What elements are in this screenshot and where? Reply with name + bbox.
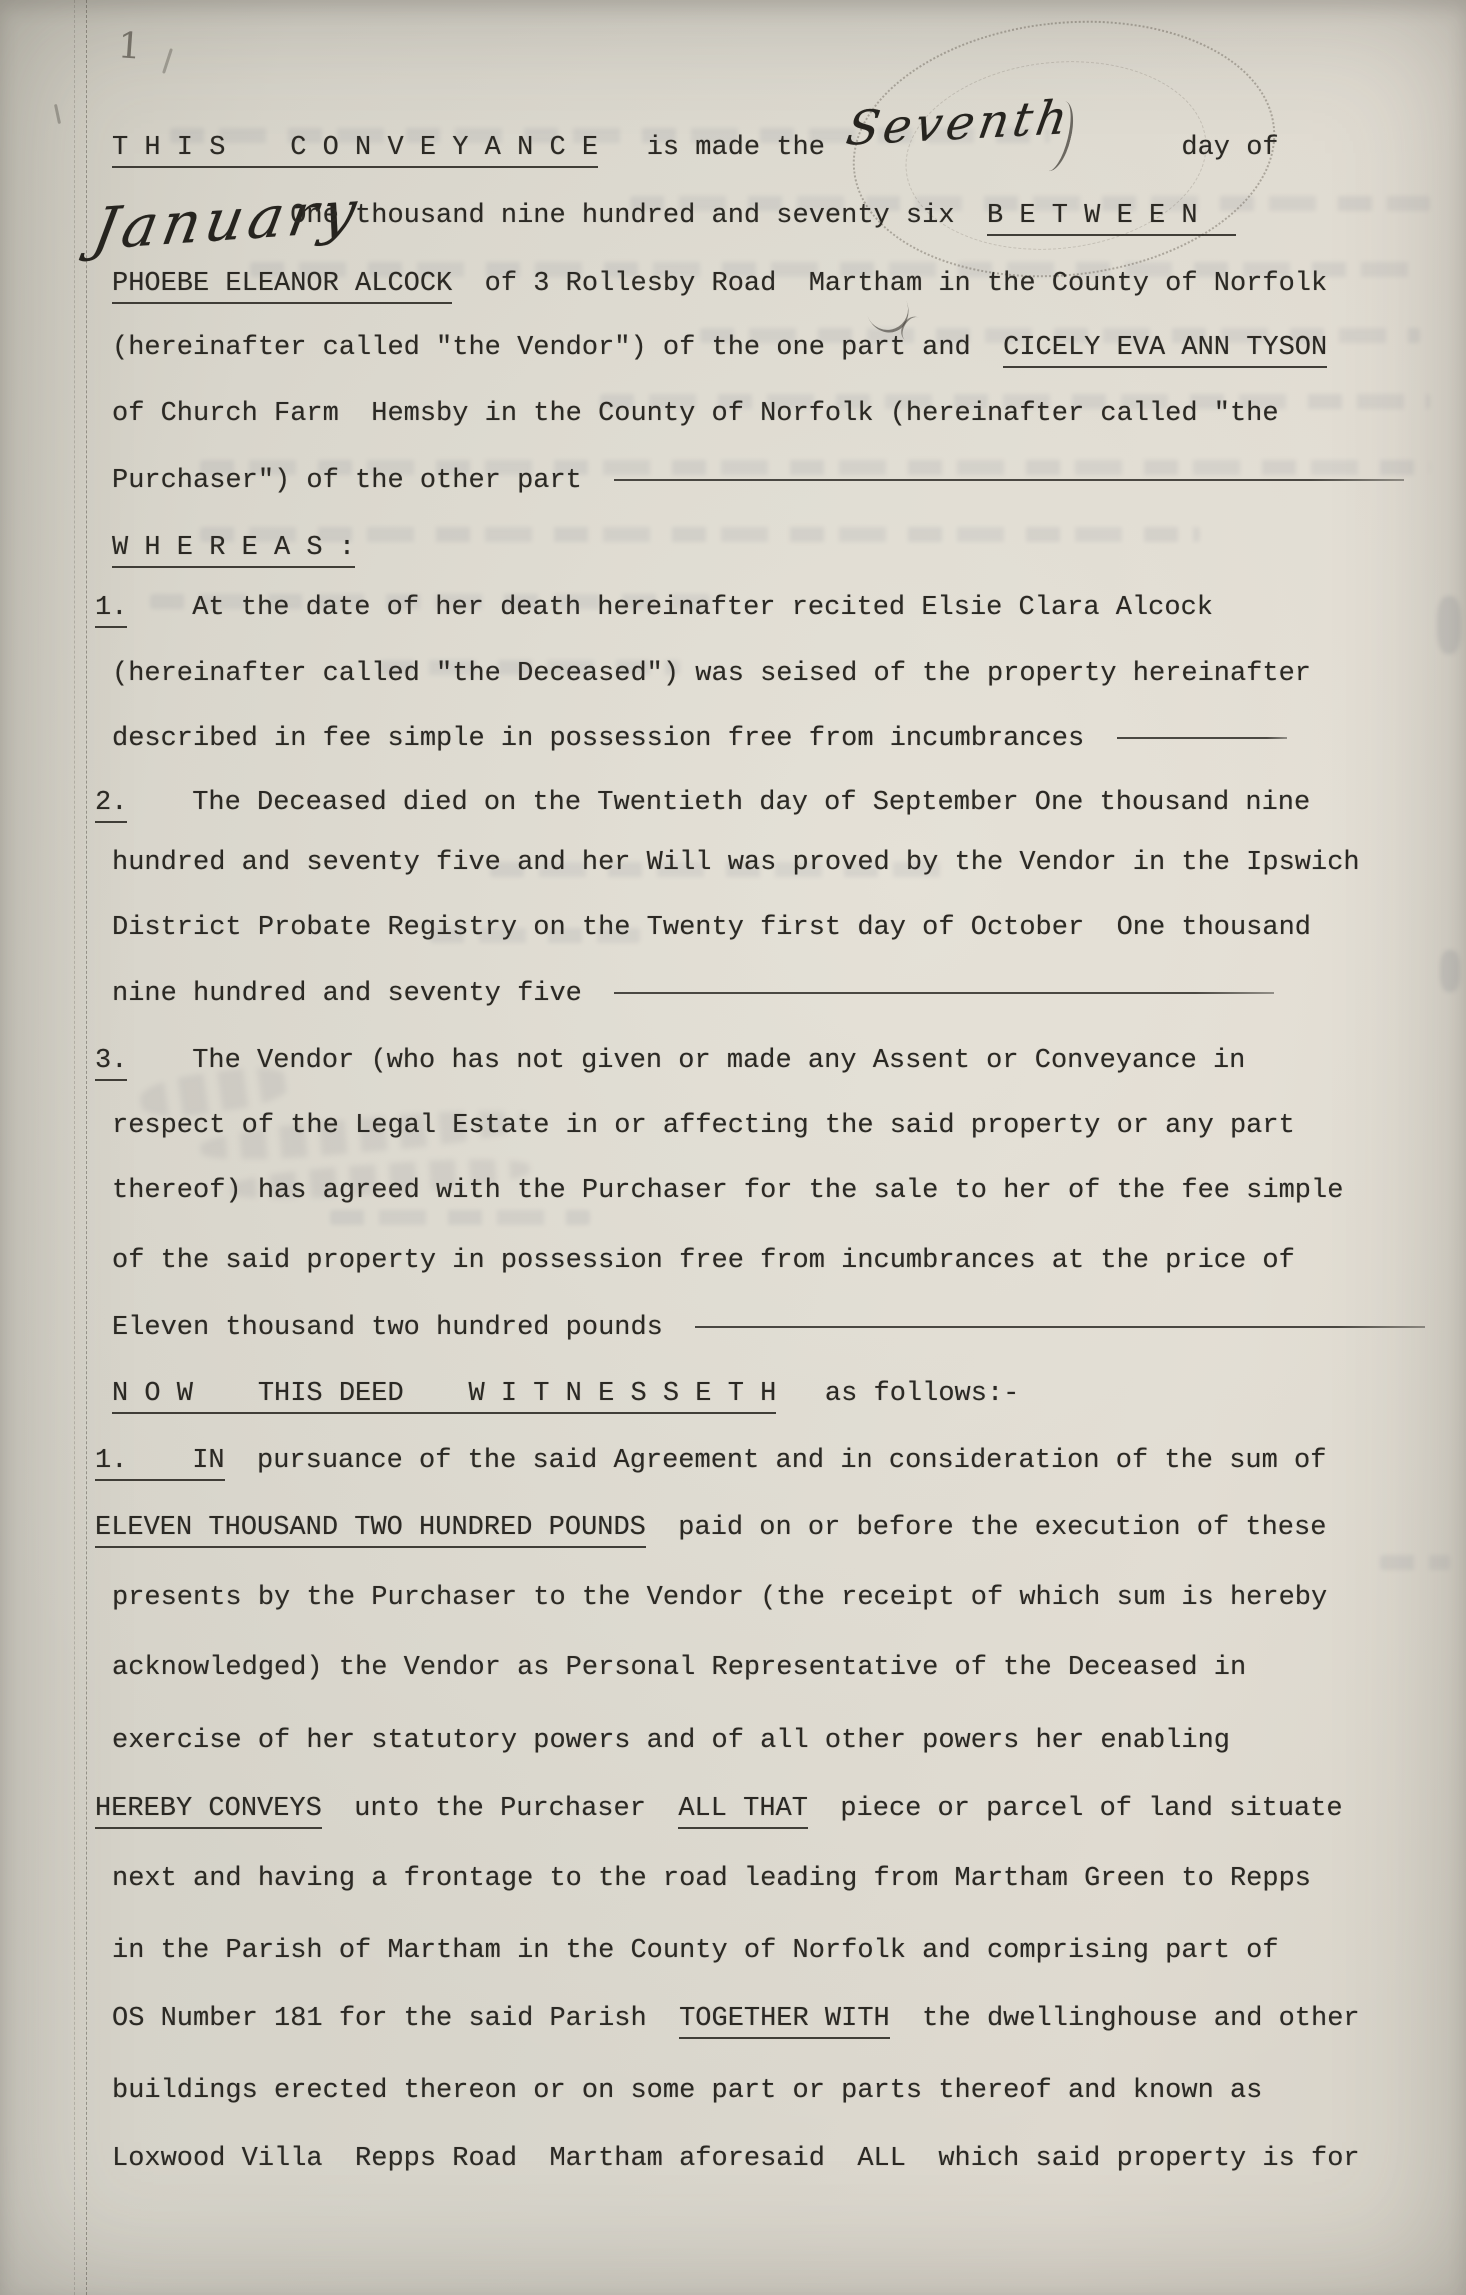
- typed-text: The Vendor (who has not given or made an…: [127, 1046, 1245, 1076]
- paper-page: 1 Seventh January T H I S C O N V E Y A …: [0, 0, 1466, 2295]
- typed-text: of the said property in possession free …: [112, 1246, 1295, 1276]
- deed-line: acknowledged) the Vendor as Personal Rep…: [112, 1653, 1246, 1683]
- deed-line: (hereinafter called "the Vendor") of the…: [112, 333, 1327, 363]
- deed-line: of Church Farm Hemsby in the County of N…: [112, 399, 1279, 429]
- deed-line: next and having a frontage to the road l…: [112, 1864, 1311, 1894]
- page-number-pencil: 1: [117, 25, 143, 67]
- underlined-text: 1. IN: [95, 1446, 225, 1481]
- typed-text: unto the Purchaser: [322, 1794, 678, 1824]
- fill-rule: [614, 992, 1274, 994]
- fill-rule: [695, 1326, 1425, 1328]
- underlined-text: TOGETHER WITH: [679, 2004, 890, 2039]
- typed-text: At the date of her death hereinafter rec…: [127, 593, 1213, 623]
- typed-text: District Probate Registry on the Twenty …: [112, 913, 1311, 943]
- typed-text: pursuance of the said Agreement and in c…: [225, 1446, 1327, 1476]
- typed-text: Eleven thousand two hundred pounds: [112, 1313, 695, 1343]
- typed-text: One thousand nine hundred and seventy si…: [112, 201, 987, 231]
- deed-line: Eleven thousand two hundred pounds: [112, 1313, 1425, 1343]
- typed-text: piece or parcel of land situate: [808, 1794, 1343, 1824]
- deed-line: (hereinafter called "the Deceased") was …: [112, 659, 1311, 689]
- pencil-stroke: [162, 48, 173, 74]
- typed-text: nine hundred and seventy five: [112, 979, 614, 1009]
- deed-line: 3. The Vendor (who has not given or made…: [95, 1046, 1245, 1076]
- underlined-text: PHOEBE ELEANOR ALCOCK: [112, 269, 452, 304]
- deed-line: presents by the Purchaser to the Vendor …: [112, 1583, 1327, 1613]
- underlined-text: N O W THIS DEED W I T N E S S E T H: [112, 1379, 776, 1414]
- deed-line: in the Parish of Martham in the County o…: [112, 1936, 1279, 1966]
- pencil-stroke: [54, 104, 61, 124]
- typed-text: day of: [825, 133, 1279, 163]
- deed-line: Loxwood Villa Repps Road Martham aforesa…: [112, 2144, 1360, 2174]
- showthrough-blob: [1437, 596, 1461, 654]
- typed-text: Loxwood Villa Repps Road Martham aforesa…: [112, 2144, 1360, 2174]
- deed-line: District Probate Registry on the Twenty …: [112, 913, 1311, 943]
- deed-line: exercise of her statutory powers and of …: [112, 1726, 1230, 1756]
- typed-text: of 3 Rollesby Road Martham in the County…: [452, 269, 1327, 299]
- underlined-text: ALL THAT: [678, 1794, 808, 1829]
- typed-text: thereof) has agreed with the Purchaser f…: [112, 1176, 1343, 1206]
- deed-line: PHOEBE ELEANOR ALCOCK of 3 Rollesby Road…: [112, 269, 1327, 299]
- typed-text: hundred and seventy five and her Will wa…: [112, 848, 1360, 878]
- deed-line: 1. IN pursuance of the said Agreement an…: [95, 1446, 1326, 1476]
- typed-text: is made the: [598, 133, 825, 163]
- typed-text: (hereinafter called "the Deceased") was …: [112, 659, 1311, 689]
- deed-line: hundred and seventy five and her Will wa…: [112, 848, 1360, 878]
- deed-line: of the said property in possession free …: [112, 1246, 1295, 1276]
- underlined-text: 2.: [95, 788, 127, 823]
- underlined-text: ELEVEN THOUSAND TWO HUNDRED POUNDS: [95, 1513, 646, 1548]
- typed-text: presents by the Purchaser to the Vendor …: [112, 1583, 1327, 1613]
- underlined-text: CICELY EVA ANN TYSON: [1003, 333, 1327, 368]
- underlined-text: 1.: [95, 593, 127, 628]
- showthrough-line: [330, 1210, 590, 1225]
- deed-line: N O W THIS DEED W I T N E S S E T H as f…: [112, 1379, 1019, 1409]
- deed-line: described in fee simple in possession fr…: [112, 724, 1287, 754]
- margin-rule-secondary: [74, 0, 75, 2295]
- typed-text: Purchaser") of the other part: [112, 466, 614, 496]
- deed-line: Purchaser") of the other part: [112, 466, 1404, 496]
- typed-text: as follows:-: [776, 1379, 1019, 1409]
- deed-line: buildings erected thereon or on some par…: [112, 2076, 1262, 2106]
- typed-text: The Deceased died on the Twentieth day o…: [127, 788, 1310, 818]
- deed-line: W H E R E A S :: [112, 533, 355, 563]
- underlined-text: HEREBY CONVEYS: [95, 1794, 322, 1829]
- typed-text: next and having a frontage to the road l…: [112, 1864, 1311, 1894]
- typed-text: of Church Farm Hemsby in the County of N…: [112, 399, 1279, 429]
- underlined-text: B E T W E E N: [987, 201, 1236, 236]
- deed-line: thereof) has agreed with the Purchaser f…: [112, 1176, 1343, 1206]
- deed-line: ELEVEN THOUSAND TWO HUNDRED POUNDS paid …: [95, 1513, 1326, 1543]
- typed-text: acknowledged) the Vendor as Personal Rep…: [112, 1653, 1246, 1683]
- showthrough-blob: [1440, 950, 1460, 992]
- typed-text: described in fee simple in possession fr…: [112, 724, 1117, 754]
- deed-line: respect of the Legal Estate in or affect…: [112, 1111, 1295, 1141]
- fill-rule: [1117, 737, 1287, 739]
- underlined-text: W H E R E A S :: [112, 533, 355, 568]
- deed-line: HEREBY CONVEYS unto the Purchaser ALL TH…: [95, 1794, 1343, 1824]
- typed-text: OS Number 181 for the said Parish: [112, 2004, 679, 2034]
- typed-text: (hereinafter called "the Vendor") of the…: [112, 333, 1003, 363]
- deed-line: T H I S C O N V E Y A N C E is made the …: [112, 133, 1279, 163]
- typed-text: paid on or before the execution of these: [646, 1513, 1327, 1543]
- deed-line: 1. At the date of her death hereinafter …: [95, 593, 1213, 623]
- deed-line: OS Number 181 for the said Parish TOGETH…: [112, 2004, 1360, 2034]
- deed-line: 2. The Deceased died on the Twentieth da…: [95, 788, 1310, 818]
- underlined-text: T H I S C O N V E Y A N C E: [112, 133, 598, 168]
- showthrough-line: [1380, 1555, 1450, 1570]
- underlined-text: 3.: [95, 1046, 127, 1081]
- deed-line: nine hundred and seventy five: [112, 979, 1274, 1009]
- margin-rule: [86, 0, 87, 2295]
- typed-text: the dwellinghouse and other: [890, 2004, 1360, 2034]
- typed-text: exercise of her statutory powers and of …: [112, 1726, 1230, 1756]
- typed-text: respect of the Legal Estate in or affect…: [112, 1111, 1295, 1141]
- fill-rule: [614, 479, 1404, 481]
- typed-text: in the Parish of Martham in the County o…: [112, 1936, 1279, 1966]
- typed-text: buildings erected thereon or on some par…: [112, 2076, 1262, 2106]
- deed-line: One thousand nine hundred and seventy si…: [112, 201, 1236, 231]
